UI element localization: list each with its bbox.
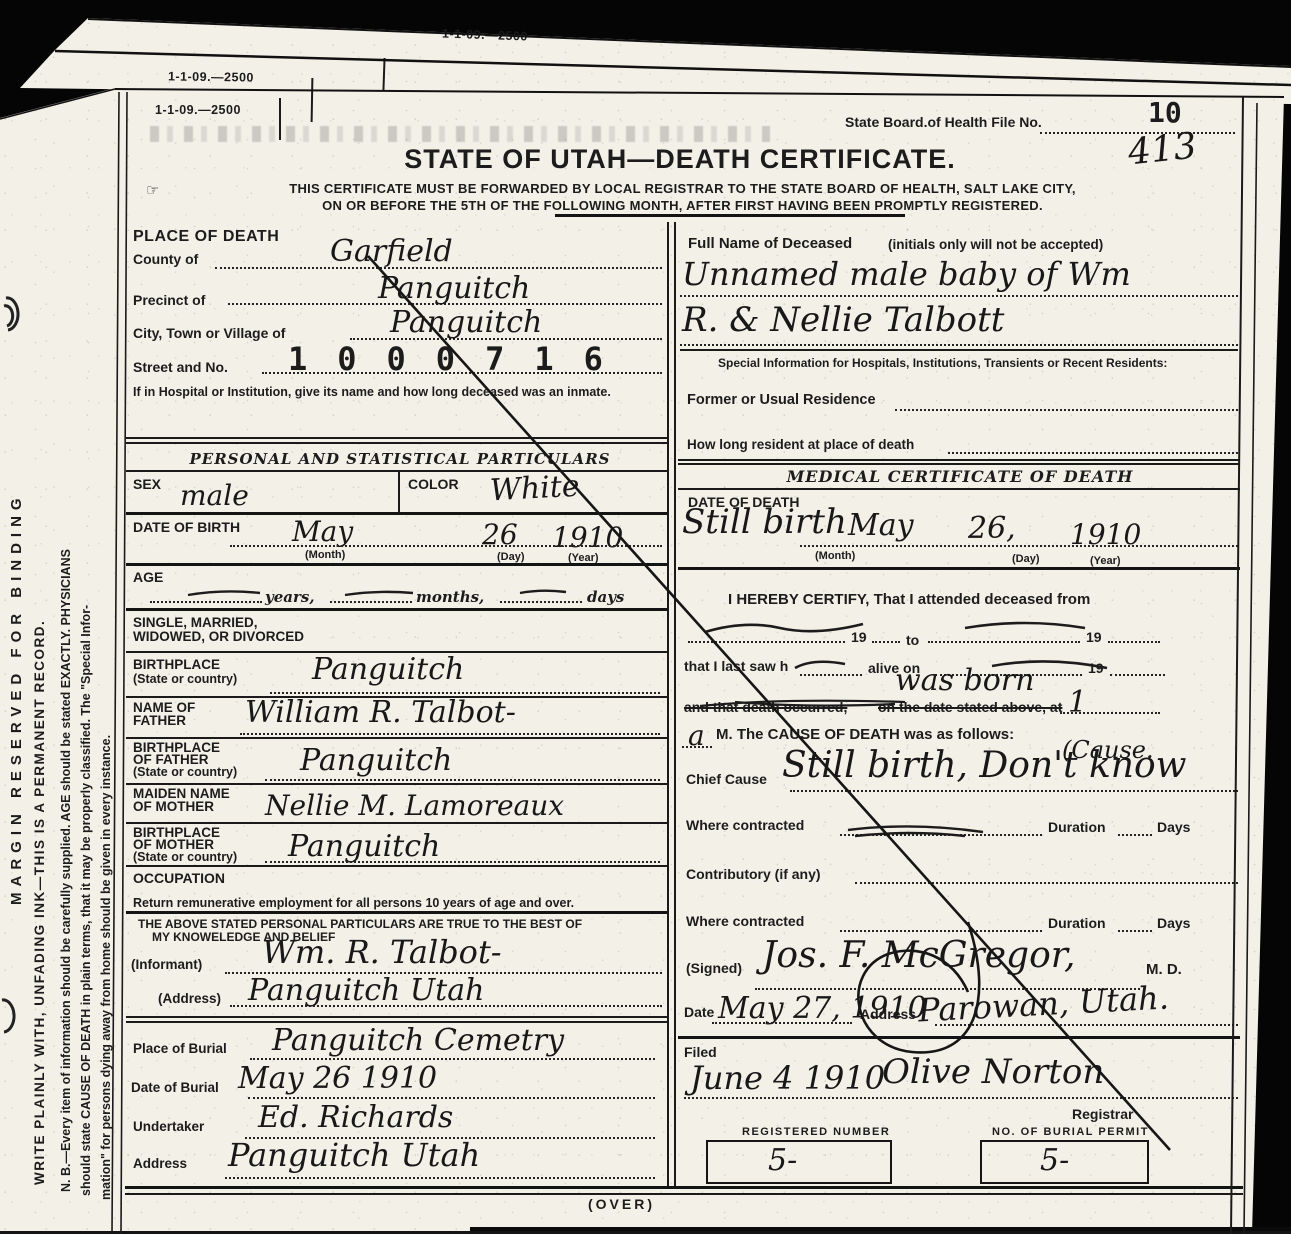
former-residence-label: Former or Usual Residence [687, 392, 876, 408]
certify-to-line [928, 641, 1080, 643]
filed-date-value: June 4 1910 [690, 1062, 885, 1094]
father-value: William R. Talbot- [245, 698, 516, 728]
file-no-handwritten: 413 [1126, 129, 1198, 172]
margin-binding-note: MARGIN RESERVED FOR BINDING [8, 492, 25, 905]
last-saw-label: that I last saw h [684, 658, 788, 674]
city-value: Panguitch [390, 308, 542, 338]
undertaker-address-value: Panguitch Utah [228, 1139, 480, 1171]
deceased-name-line-1: Unnamed male baby of Wm [682, 258, 1131, 290]
divider [678, 567, 1240, 570]
sex-label: SEX [133, 476, 161, 492]
days-1-label: Days [1157, 819, 1190, 835]
father-bp-sub: (State or country) [133, 765, 237, 779]
burial-date-line [248, 1097, 655, 1099]
bottom-rule [125, 1193, 1243, 1195]
over-label: (OVER) [588, 1196, 655, 1212]
name-line-2-rule [680, 344, 1238, 346]
undertaker-address-line [225, 1177, 655, 1179]
burial-place-line [250, 1058, 655, 1060]
informant-label: (Informant) [131, 957, 202, 972]
burial-date-value: May 26 1910 [238, 1064, 437, 1094]
dod-sub-year: (Year) [1090, 555, 1121, 567]
undertaker-value: Ed. Richards [258, 1103, 453, 1133]
birthplace-value: Panguitch [312, 655, 464, 685]
certificate-title: STATE OF UTAH—DEATH CERTIFICATE. [300, 144, 1060, 175]
chief-cause-label: Chief Cause [686, 771, 767, 787]
dob-sub-day: (Day) [497, 551, 525, 563]
father-label-2: FATHER [133, 713, 186, 728]
former-residence-line [895, 409, 1238, 411]
burial-permit-value: 5- [1040, 1146, 1069, 1176]
chief-cause-value: Still birth, Don't know [782, 748, 1186, 784]
age-years-word: years, [265, 588, 315, 606]
registered-number-value: 5- [768, 1146, 797, 1176]
name-line-1-rule [680, 295, 1238, 297]
where-contracted-2-label: Where contracted [686, 913, 804, 929]
informant-address-line [230, 1005, 662, 1007]
cause-of-death-label: M. The CAUSE OF DEATH was as follows: [716, 726, 1014, 743]
duration-2-line [1118, 930, 1152, 932]
physician-date-line [712, 1022, 852, 1024]
dob-month: May [292, 518, 353, 546]
sex-value: male [180, 482, 249, 510]
dod-month: May [848, 511, 914, 541]
chief-cause-line [790, 790, 1238, 792]
place-of-death-heading: PLACE OF DEATH [133, 228, 279, 246]
personal-section-title: PERSONAL AND STATISTICAL PARTICULARS [140, 450, 660, 468]
dob-label: DATE OF BIRTH [133, 519, 240, 535]
mother-bp-value: Panguitch [288, 832, 440, 862]
last-19-line [1110, 674, 1165, 676]
registered-number-box [706, 1140, 892, 1184]
divider [126, 737, 668, 739]
birthplace-label: BIRTHPLACE [133, 657, 220, 672]
age-days-word: days [587, 588, 624, 606]
margin-nb-note-3: mation" for persons dying away from home… [99, 735, 113, 1200]
dod-sub-month: (Month) [815, 550, 855, 562]
physician-address-label: Address [860, 1006, 916, 1022]
resident-how-long-line [948, 452, 1238, 454]
physician-date-label: Date [684, 1004, 714, 1020]
mother-bp-sub: (State or country) [133, 850, 237, 864]
contributory-label: Contributory (if any) [686, 866, 821, 882]
age-months-word: months, [416, 588, 484, 606]
medical-section-title: MEDICAL CERTIFICATE OF DEATH [700, 467, 1220, 486]
resident-how-long-label: How long resident at place of death [687, 437, 914, 452]
where-contracted-2-line [840, 930, 1042, 932]
print-bleed-through [150, 126, 770, 142]
divider [680, 349, 1238, 351]
age-days-line [500, 601, 582, 603]
margin-ink-note: WRITE PLAINLY WITH, UNFADING INK—THIS IS… [32, 620, 47, 1185]
physician-signature: Jos. F. McGregor, [762, 938, 1075, 974]
county-value: Garfield [330, 237, 453, 267]
margin-nb-note-1: N. B.—Every item of information should b… [59, 549, 73, 1192]
divider [678, 459, 1240, 461]
undertaker-address-label: Address [133, 1156, 187, 1171]
was-born-handwritten: was born [895, 666, 1034, 696]
burial-place-value: Panguitch Cemetry [272, 1026, 564, 1056]
certify-19a: 19 [851, 629, 867, 645]
age-months-line [330, 601, 412, 603]
mother-value: Nellie M. Lamoreaux [265, 792, 564, 820]
full-name-label: Full Name of Deceased [688, 235, 852, 252]
physician-address-line [935, 1024, 1238, 1026]
filed-line [684, 1097, 1238, 1099]
days-2-label: Days [1157, 915, 1190, 931]
pointing-hand-icon: ☞ [146, 181, 159, 199]
hospital-note: If in Hospital or Institution, give its … [133, 384, 668, 400]
divider [126, 437, 668, 439]
certify-19a-line [872, 641, 900, 643]
divider [126, 822, 668, 824]
duration-1-label: Duration [1048, 819, 1106, 835]
street-label: Street and No. [133, 359, 228, 375]
deceased-name-line-2: R. & Nellie Talbott [682, 303, 1004, 337]
file-no-label: State Board.of Health File No. [845, 114, 1042, 130]
burial-place-label: Place of Burial [133, 1041, 227, 1056]
county-label: County of [133, 251, 198, 267]
certify-19b-line [1108, 641, 1160, 643]
where-contracted-1-line [840, 834, 1042, 836]
last-19: 19 [1088, 660, 1104, 676]
sex-color-divider [398, 470, 400, 512]
divider [678, 463, 1240, 465]
am-line [682, 746, 712, 748]
death-occurred-struck: and that death occurred, [684, 699, 847, 715]
undertaker-label: Undertaker [133, 1119, 204, 1134]
md-label: M. D. [1146, 961, 1182, 978]
date-stated-struck: on the date stated above, at [878, 699, 1062, 715]
registrar-label: Registrar [1072, 1106, 1133, 1122]
attestation-line-1: THE ABOVE STATED PERSONAL PARTICULARS AR… [138, 917, 582, 931]
column-divider [674, 222, 676, 1186]
certify-from-line [688, 641, 845, 643]
special-info-note: Special Information for Hospitals, Insti… [718, 356, 1167, 370]
column-divider [667, 222, 669, 1186]
divider [126, 1016, 668, 1018]
divider [126, 563, 668, 566]
divider [126, 470, 668, 472]
age-years-line [150, 601, 262, 603]
dod-day: 26, [968, 514, 1016, 544]
father-bp-value: Panguitch [300, 746, 452, 776]
informant-address-label: (Address) [158, 991, 221, 1006]
marital-label-1: SINGLE, MARRIED, [133, 615, 258, 630]
mother-bp-line [265, 861, 660, 863]
color-value: White [489, 472, 580, 507]
divider [126, 783, 668, 785]
certify-19b: 19 [1086, 629, 1102, 645]
certify-to: to [906, 632, 919, 648]
certify-statement: I HEREBY CERTIFY, That I attended deceas… [728, 591, 1090, 608]
birthplace-line [270, 692, 660, 694]
father-bp-line [265, 779, 660, 781]
dod-line [800, 545, 1238, 547]
dod-sub-day: (Day) [1012, 553, 1040, 565]
form-number: 1-1-09.—2500 [155, 103, 241, 117]
marital-label-2: WIDOWED, OR DIVORCED [133, 629, 304, 644]
notice-line-1: THIS CERTIFICATE MUST BE FORWARDED BY LO… [165, 181, 1200, 196]
burial-date-label: Date of Burial [131, 1080, 219, 1095]
occupation-label: OCCUPATION [133, 870, 225, 886]
informant-value: Wm. R. Talbot- [262, 936, 502, 968]
full-name-paren: (initials only will not be accepted) [888, 237, 1103, 252]
informant-address-value: Panguitch Utah [248, 976, 484, 1006]
at-hour-value: 1 [1068, 688, 1087, 718]
margin-nb-note-2: should state CAUSE OF DEATH in plain ter… [79, 605, 93, 1196]
divider [678, 488, 1240, 490]
divider [126, 442, 668, 444]
header-divider [555, 214, 905, 217]
sheet-edge-form-number: 1-1-09.—2500 [168, 69, 254, 84]
color-label: COLOR [408, 476, 459, 492]
divider [126, 865, 668, 867]
registered-number-label: REGISTERED NUMBER [742, 1126, 890, 1138]
divider [126, 608, 668, 611]
where-contracted-1-label: Where contracted [686, 817, 804, 833]
duration-1-line [1118, 834, 1152, 836]
occupation-note: Return remunerative employment for all p… [133, 896, 574, 910]
father-line [240, 733, 660, 735]
dob-year: 1910 [552, 524, 623, 552]
registrar-signature: Olive Norton [882, 1055, 1104, 1089]
notice-line-2: ON OR BEFORE THE 5TH OF THE FOLLOWING MO… [165, 198, 1200, 213]
duration-2-label: Duration [1048, 915, 1106, 931]
sheet-edge-form-number: 1-1-09.—2500 [442, 27, 528, 44]
birthplace-sub: (State or country) [133, 672, 237, 686]
filed-label: Filed [684, 1044, 717, 1060]
burial-permit-label: NO. OF BURIAL PERMIT [992, 1126, 1149, 1138]
scanned-death-certificate: 1-1-09.—2500 1-1-09.—2500 1-1-09.—2500 M… [0, 0, 1291, 1234]
divider [126, 911, 668, 914]
mother-label-2: OF MOTHER [133, 799, 214, 814]
divider [678, 1036, 1240, 1039]
city-label: City, Town or Village of [133, 325, 285, 341]
age-label: AGE [133, 569, 163, 585]
divider [126, 512, 668, 515]
contributory-line [855, 882, 1238, 884]
dod-hand-prefix: Still birth [682, 505, 847, 539]
street-stamp-number: 1000716 [288, 340, 633, 378]
dob-sub-month: (Month) [305, 549, 345, 561]
precinct-label: Precinct of [133, 292, 205, 308]
precinct-value: Panguitch [378, 274, 530, 304]
last-saw-blank [800, 674, 862, 676]
signed-label: (Signed) [686, 960, 742, 976]
bottom-rule [125, 1186, 1243, 1189]
file-no-stamp: 10 [1148, 96, 1182, 129]
dob-line [230, 545, 662, 547]
